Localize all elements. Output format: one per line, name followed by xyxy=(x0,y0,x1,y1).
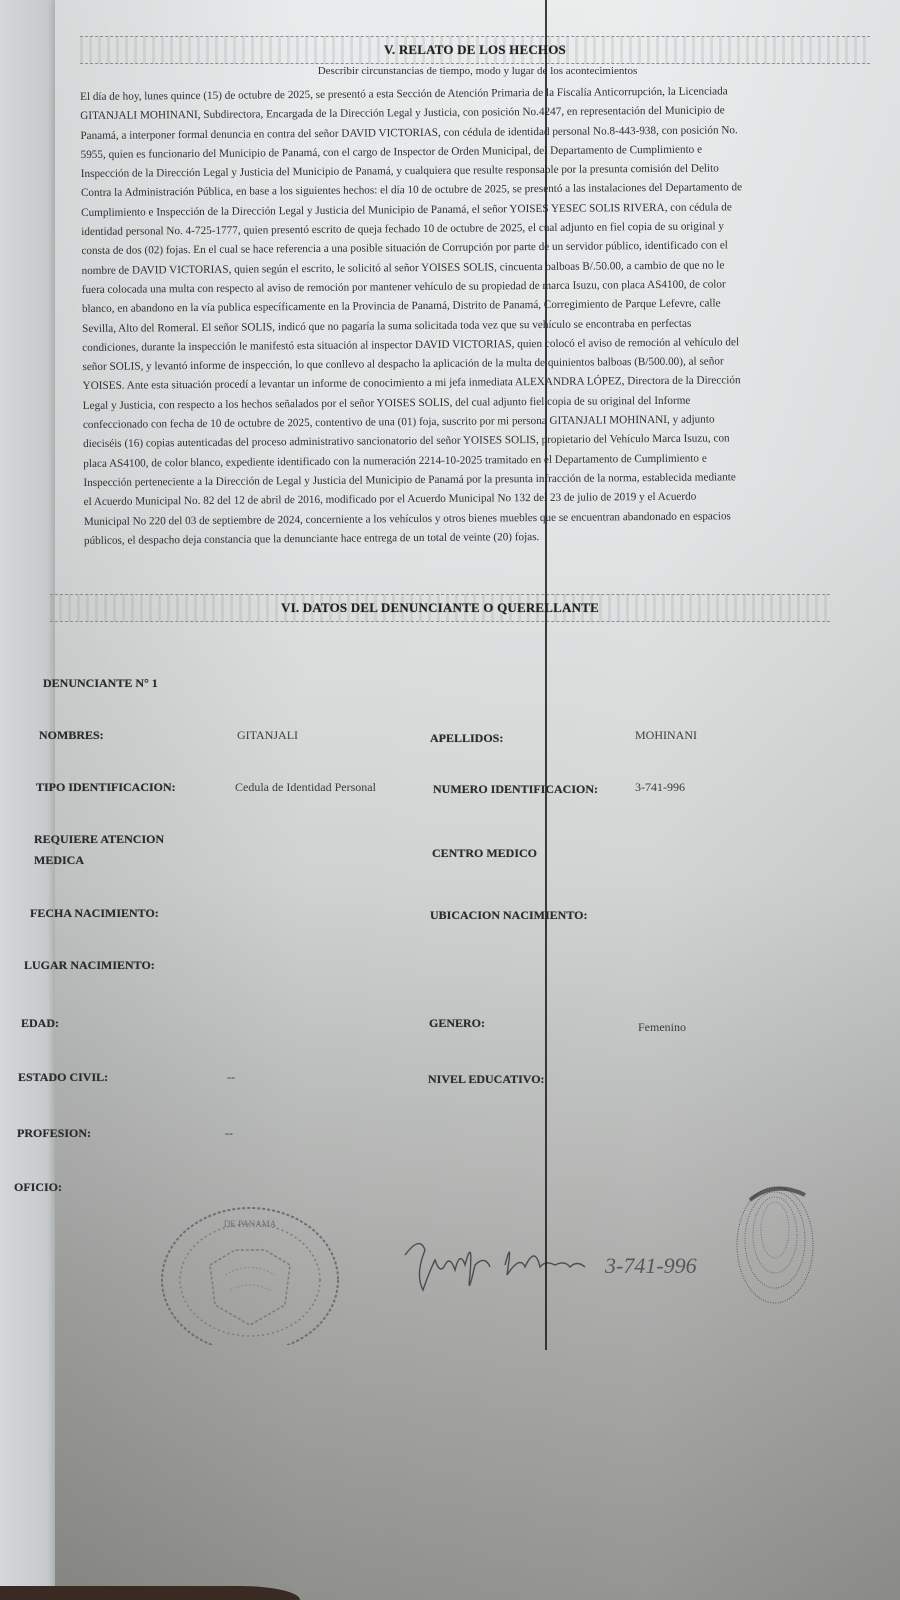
tipo-identificacion-value: Cedula de Identidad Personal xyxy=(235,780,376,795)
section-v-header: V. RELATO DE LOS HECHOS xyxy=(80,36,870,64)
numero-identificacion-value: 3-741-996 xyxy=(635,780,685,795)
estado-civil-value: -- xyxy=(227,1070,235,1085)
signature-id-number: 3-741-996 xyxy=(604,1253,697,1278)
section-vi-title: VI. DATOS DEL DENUNCIANTE O QUERELLANTE xyxy=(281,600,599,616)
table-surface xyxy=(0,1586,300,1600)
profesion-value: -- xyxy=(225,1126,233,1141)
handwritten-signature: 3-741-996 xyxy=(395,1215,775,1305)
narrative-text: El día de hoy, lunes quince (15) de octu… xyxy=(80,81,859,551)
nombres-value: GITANJALI xyxy=(237,728,298,743)
fold-line xyxy=(545,0,547,1350)
document-page: V. RELATO DE LOS HECHOS Describir circun… xyxy=(55,0,900,1600)
requiere-atencion-label: REQUIERE ATENCION xyxy=(34,832,164,847)
fingerprint-icon xyxy=(730,1180,820,1310)
stamp-text: DE PANAMA xyxy=(224,1219,277,1229)
genero-value: Femenino xyxy=(638,1020,686,1035)
apellidos-value: MOHINANI xyxy=(635,728,697,743)
apellidos-label: APELLIDOS: xyxy=(430,731,503,746)
section-v-subtitle: Describir circunstancias de tiempo, modo… xyxy=(55,65,900,77)
nivel-educativo-label: NIVEL EDUCATIVO: xyxy=(428,1072,545,1087)
section-v-title: V. RELATO DE LOS HECHOS xyxy=(384,42,566,58)
centro-medico-label: CENTRO MEDICO xyxy=(432,846,537,861)
denunciante-heading: DENUNCIANTE N° 1 xyxy=(43,676,158,691)
profesion-label: PROFESION: xyxy=(17,1126,91,1141)
section-vi-header: VI. DATOS DEL DENUNCIANTE O QUERELLANTE xyxy=(50,594,830,622)
tipo-identificacion-label: TIPO IDENTIFICACION: xyxy=(36,780,176,795)
oficio-label: OFICIO: xyxy=(14,1180,62,1195)
genero-label: GENERO: xyxy=(429,1016,485,1031)
requiere-atencion-label-2: MEDICA xyxy=(34,853,84,868)
lugar-nacimiento-label: LUGAR NACIMIENTO: xyxy=(24,958,155,973)
nombres-label: NOMBRES: xyxy=(39,728,104,743)
official-seal-stamp: DE PANAMA xyxy=(155,1205,345,1345)
background-page-edge xyxy=(0,0,58,1600)
numero-identificacion-label: NUMERO IDENTIFICACION: xyxy=(433,782,598,797)
estado-civil-label: ESTADO CIVIL: xyxy=(18,1070,108,1085)
fecha-nacimiento-label: FECHA NACIMIENTO: xyxy=(30,906,159,921)
ubicacion-nacimiento-label: UBICACION NACIMIENTO: xyxy=(430,908,587,923)
edad-label: EDAD: xyxy=(21,1016,59,1031)
